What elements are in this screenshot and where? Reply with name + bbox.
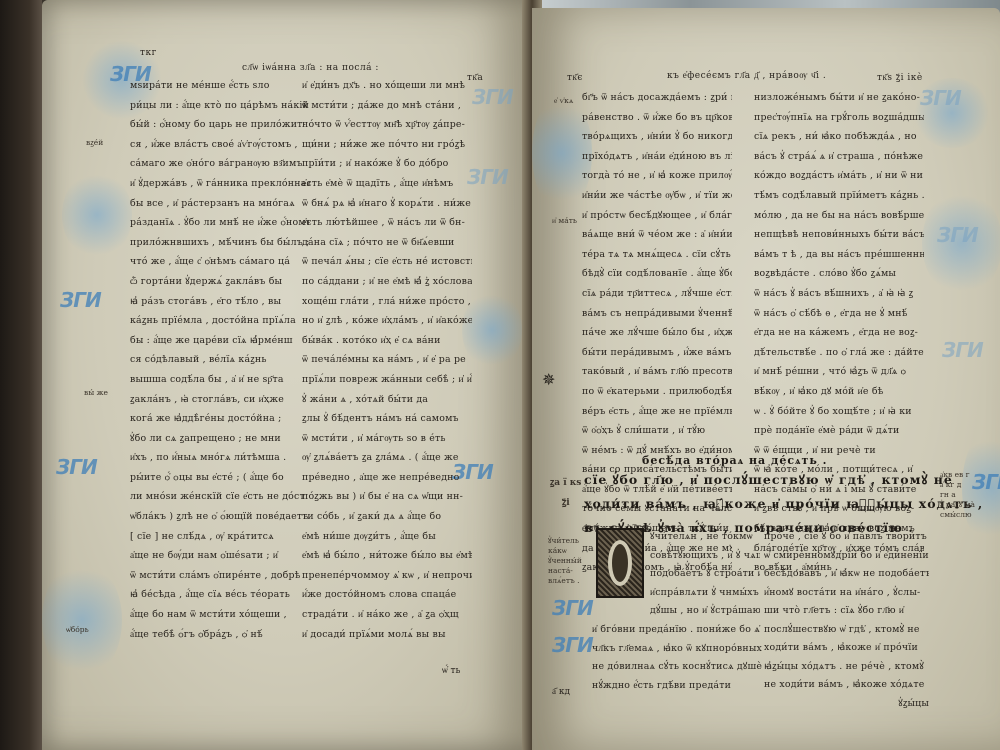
text-line: прѐ пода́нїе е҆мѐ ра́ди ѿ дѧ́ти	[754, 421, 924, 441]
page-number: ткг	[140, 48, 157, 58]
text-line: да́на сїѧ ; по́что не ѿ бн҃ѧ́евши	[302, 233, 472, 253]
text-line: ѡ҆бла́къ ) ꙁлѣ не ѻ҆ ѻ́ющїй пове́даетъ	[130, 507, 310, 527]
text-line: тогда̀ то́ не , и҆ ꙗ҆ коже прилѹ́чи сѧ ;	[582, 166, 732, 186]
text-line: ка́ꙁнь прїе́мла , досто́йна прїѧ́ла	[130, 311, 310, 331]
text-line: ры́ите ѻ҆́ ѻцы вы е҆сте́ ; ( а҆́ще бо	[130, 468, 310, 488]
text-line: вышша содѣ́ла бы , а҆ и҆ не ѕр҃та	[130, 370, 310, 390]
margin-line: ꙋ҆ раꙁꙋ ма̀	[940, 500, 975, 510]
bottom-column-1-bottom: и҆ бго́вни преда́нїю . пони́же бо ѧ҆ же …	[592, 621, 762, 695]
text-line: и҆ мнѣ́ ре́шни , что́ ꙗ҆ꙁъ ѿ дл҃ѧ ѻ	[754, 362, 924, 382]
library-stamp: ЗГИ	[60, 288, 101, 312]
text-line: ти со́бь , и҆ ꙁаки́ дѧ ѧ а҆́ще бо	[302, 507, 472, 527]
text-line: ꙋ҆бо ли сѧ ꙁапрещено ; не мни	[130, 429, 310, 449]
text-line: по ѿ е҆катерьми . прилюбодѣ́янїе	[582, 382, 732, 402]
running-head: сл҃ѡ іѡа́нна зл҃а : на посла́ :	[242, 62, 379, 73]
text-line: низложе́нымъ бы́ти и҆ не ꙁако́но-	[754, 88, 924, 108]
text-line: сїѧ рекъ , ни́ ꙗ҆ко побѣжда́ѧ , но	[754, 127, 924, 147]
library-stamp: ЗГИ	[56, 455, 97, 479]
library-stamp: ЗГИ	[942, 338, 983, 362]
text-line: [ сїе ] не слѣ́дѧ , ѹ҆ кра́титсѧ	[130, 527, 310, 547]
text-line: нꙋ́ждно е҆́сть гдѣ́ви преда́ти	[592, 677, 762, 696]
left-page-column-2: и҆ е҆ди́нъ дх҃ъ . но хо́щеши ли мнѣ ѿ мс…	[302, 76, 472, 644]
text-line: послꙋ́шествꙋю ѡ҆ гдѣ҆ , ктомꙋ̀ не	[764, 621, 929, 640]
text-line: ве́ръ е҆сть , а҆́ще же не прїе́млюн	[582, 402, 732, 422]
text-line: и҆́же досто́йномъ слова спаца́е	[302, 585, 472, 605]
margin-line: ꙋ҆чи́тель	[548, 536, 582, 546]
text-line: и҆́номꙋ воста́ти на и҆на́го , ꙋ҆слы-	[764, 584, 929, 603]
text-line: ходи́ти ва́мъ , ꙗ҆коже и҆ про́чїи	[764, 639, 929, 658]
text-line: ѽ горта́ни ꙋ҆держѧ́ ꙁакла́въ бы	[130, 272, 310, 292]
text-line: ѡ . ꙋ҆ бо́йте ꙋ҆ бо хощѣ́те ; и҆ ꙗ҆ ки	[754, 402, 924, 422]
text-line: ши что̀ гл҃етъ : сїѧ ꙋ҆бо гл҃ю и҆	[764, 602, 929, 621]
text-line: ва́ѧще вни́ ѿ че́ом же : а҆ и҆ни́и не	[582, 225, 732, 245]
text-line: что́ же , а҆́ще с҆ ѻ҆нѣмъ са́маго ца́	[130, 252, 310, 272]
library-stamp: ЗГИ	[972, 470, 1000, 494]
text-line: прїѧ́ли повреж жа́нныи себѣ̀ ; и҆ и҆́нже	[302, 370, 472, 390]
text-line: са́маго же ѻ҆но́го ва́гранѹю вз҃имъ	[130, 154, 310, 174]
text-line: бы́ва́к . кото́ко и҆ҳ е҆ сѧ ва́ни	[302, 331, 472, 351]
right-page: тк҃є къ е҆фесе́ємъ гл҃а д҃ , нра́воѹ ч҃і…	[532, 8, 1000, 750]
text-line: ꙋ҆ жа́ни ѧ , хо́тѧй бы́ти да	[302, 390, 472, 410]
text-line: е҆мѣ ни́ше дѹꙁи́тъ , а҆́ще бы	[302, 527, 472, 547]
text-line: подоба́етъ ꙋ҆ строа́ти и҆	[650, 565, 760, 584]
ink-smudge	[62, 170, 132, 260]
text-line: сїѧ ра́ди тр҃иттесѧ , лꙋ́чше е҆сть	[582, 284, 732, 304]
margin-line: смы́слю	[940, 510, 975, 520]
text-line: воꙁвѣда́сте . сло́во ꙋ҆бо ꙁѧ́мы	[754, 264, 924, 284]
left-page-column-1: мѕира́ти не ме́нше е҆́сть ѕло ри́цы ли :…	[130, 76, 310, 644]
text-line: ва́съ ꙋ҆ стра́ѧ́ ѧ и҆ страша , по́нѣже	[754, 147, 924, 167]
text-line: и҆ досади́ прїѧ́ми молѧ́ вы вы	[302, 625, 472, 645]
text-line: по са́ддани ; и҆ не е҆мѣ ꙗ҆́ ꙁ҆ хо́слова…	[302, 272, 472, 292]
margin-note: вы́ же	[84, 388, 108, 398]
text-line: бы : а҆́ще же царе́ви сїѧ ꙗ҆́рме́нш	[130, 331, 310, 351]
text-line: ѿ мсти́ти сла́мъ ѻ҆пире́нте , добрѣ	[130, 566, 310, 586]
text-line: и҆ни́и же ча́стѣе ѹ҆бѡ , и҆ тїи же тѣ́м	[582, 186, 732, 206]
text-line: ходи́ти ва́мъ , ꙗ҆́коже и҆ про́чїи ꙗ҆ꙁы́…	[584, 492, 934, 516]
text-line: е҆мѣ ꙗ҆ бы́ло , ни́тоже бы́ло вы е҆мѣ	[302, 546, 472, 566]
text-line: не до́вилнаѧ сꙋ́ть коснꙋ́тисѧ дꙋшѐ ,	[592, 658, 762, 677]
text-line: ꙗ҆ бе́сѣда , а҆́ще сїѧ ве́сь те́орать	[130, 585, 310, 605]
text-line: ся , и҆́же вла́стъ свое́ а҆ѵ҆гѹ́стомъ ,	[130, 135, 310, 155]
text-line: е҆сть е҆мѐ ѿ щадїть , а҆́ще и҆нѣмъ	[302, 174, 472, 194]
text-line: тако́вый , и҆ ва́мъ гл҃ю́ пресотво́ряй ;	[582, 362, 732, 382]
text-line: пренепе́рчоммоу ѧ҆ кѡ , и҆ непрочи	[302, 566, 472, 586]
text-line: а҆ще не бѹ́ди нам ѻ҆ше́ѕати ; и҆	[130, 546, 310, 566]
text-line: ѿ печа́ле́мны ка на́мъ , и҆ е҆ ра ре	[302, 350, 472, 370]
margin-reference: а҆кв ев г а҆ кг д гн а ꙋ҆ раꙁꙋ ма̀ смы́с…	[940, 470, 975, 520]
text-line: ѿ мсти́ти ; да́же до мнѣ ста́ни ,	[302, 96, 472, 116]
text-line: по́ꙁжь вы ) и҆ бы е҆ на сѧ ѡ҆҆щи нн-	[302, 487, 472, 507]
text-line: а҆́ще тебѣ̀ ѻ́гъ ѻ҆бра́ꙁъ , ѻ҆ нѣ́	[130, 625, 310, 645]
text-line: ся со́дѣлавый , ве́лїѧ ка́ꙁнь	[130, 350, 310, 370]
text-line: ѿ печа́л ѧ́ны ; сїе е҆сть не́ истовства	[302, 252, 472, 272]
text-line: мо́лю , да не бы на на́съ вовѣ́рше	[754, 206, 924, 226]
initial-o-glyph	[608, 540, 632, 586]
text-line: но и҆ ꙁлѣ , ко́же и҆ҳла́мъ , и҆ и҆ако́же	[302, 311, 472, 331]
text-line: ѹ҆ ꙁлѧ́ва́етъ ꙁа ꙁла́мѧ . ( а҆́ще же	[302, 448, 472, 468]
text-line: и҆хъ , по и҆́ныѧ мно́гѧ ли́тѣмша .	[130, 448, 310, 468]
text-line: по́что ѿ ѵ҆́есттѹ мн҃ѣ хр҃тѹ ꙁа́пре-	[302, 115, 472, 135]
text-line: ко́ждо воꙁда́стъ и҆ма́ть , и҆ ни ѿ ни	[754, 166, 924, 186]
text-line: те́ра тѧ тѧ мнѧ́щесѧ . сїи сꙋ́ть и҆	[582, 245, 732, 265]
text-line: е҆сть лю́тѣйшее , ѿ на́съ ли ѿ бн-	[302, 213, 472, 233]
decorated-initial-letter	[596, 528, 644, 598]
text-line: бесѣ́довавъ , и҆ ꙗ҆́кѡ не подоба́етъ	[764, 565, 929, 584]
text-line: и҆ бго́вни преда́нїю . пони́же бо ѧ҆ же …	[592, 621, 762, 640]
library-stamp: ЗГИ	[552, 633, 593, 657]
text-line: тво́рѧщихъ , и҆ни́и ꙋ҆ бо никогда̀	[582, 127, 732, 147]
text-line: и҆спра́влѧти ꙋ҆ чнмы́хъ	[650, 584, 760, 603]
signature-mark: а҃ кд	[552, 686, 570, 697]
text-line: бы все , и҆ ра́стерзанъ на мно́гаѧ	[130, 194, 310, 214]
text-line: ꙗ҆ꙁы́цы хо́дѧтъ . не ре́чѐ , ктомꙋ̀	[764, 658, 929, 677]
text-line: ѿ о҆ѻ҆ҳъ ꙋ҆ сли́шати , и҆ тꙋ́ю	[582, 421, 732, 441]
ink-smudge	[42, 560, 122, 680]
text-line: бы́ти пера́дивымъ , и҆́же ва́мъ	[582, 343, 732, 363]
text-line: щи́ни ; ни́же же по́что ни гро́ꙁѣ	[302, 135, 472, 155]
margin-line: а҆ кг д	[940, 480, 975, 490]
margin-line: гн а	[940, 490, 975, 500]
text-line: ра́венство . ѿ и҆́же бо въ цр҃ковь сїи	[582, 108, 732, 128]
margin-note: ꙁ҃і	[562, 498, 570, 508]
text-line: ри́цы ли : а҆́ще кто̀ по ца́рѣмъ на́кій	[130, 96, 310, 116]
library-stamp: ЗГИ	[467, 165, 508, 189]
text-line: е҆гда не на ка́жемъ , е҆гда не воꙁ-	[754, 323, 924, 343]
page-number: тк҃є	[567, 72, 583, 83]
text-line: ѿ мсти́ти , и҆ ма́гѹть ѕо в е́ть	[302, 429, 472, 449]
text-line: дѣ́тельствѣ́е . по ѻ҆ гла́ же : да́йте	[754, 343, 924, 363]
text-line: и҆ е҆ди́нъ дх҃ъ . но хо́щеши ли мнѣ	[302, 76, 472, 96]
margin-note: е҆ ѵ҆кѧ	[554, 96, 573, 106]
text-line: па́че же лꙋ́чше бы́ло бы , и҆ҳже е҆ сте	[582, 323, 732, 343]
text-line: ѡ҆ смире́нномꙋдрїи бо и҆ е҆ди́ненїи	[764, 547, 929, 566]
margin-line: ꙋ҆ченны́й	[548, 556, 582, 566]
text-line: и҆ про́стѡ бесѣ́дꙋющее , и҆ бла́годе-	[582, 206, 732, 226]
text-line: кога́ же ꙗ҆ддѣ̀ге́ны досто́йна ;	[130, 409, 310, 429]
text-line: ꙁлы ꙋ҆ бѣ́дентъ на́мъ на́ самомъ	[302, 409, 472, 429]
margin-gloss: ꙋ҆чи́тель ка́кѡ ꙋ҆ченны́й наста́- влѧ́ет…	[548, 536, 582, 586]
margin-line: ка́кѡ	[548, 546, 582, 556]
text-line: ꙗ҆ ра́зъ стога́въ , е҆го тѣ́ло , вы	[130, 292, 310, 312]
text-line: бѣдꙋ̀ сїи содѣ́лованїе . а҆́ще ꙋ҆бо	[582, 264, 732, 284]
text-line: ва́мъ т ѣ , да вы на́съ пре́шшеннн сеѧ	[754, 245, 924, 265]
text-line: прес҆тѹ́пнїѧ на грꙋ́голь воꙁша́дшыѧ .	[754, 108, 924, 128]
library-stamp: ЗГИ	[920, 86, 961, 110]
text-line: ѿ бнѧ́ рѧ ꙗ҆ и҆наго ꙋ҆ корѧ́ти . ни́же	[302, 194, 472, 214]
margin-line: а҆кв ев г	[940, 470, 975, 480]
text-line: хоще́ш гла́ти , гла́ ни́же про́сто ,	[302, 292, 472, 312]
margin-line: наста́-	[548, 566, 582, 576]
text-line: прїи́ти ; и҆ нако́же ꙋ҆ бо до́бро	[302, 154, 472, 174]
text-line: ѿ на́съ ѻ҆ сѣ́бѣ ѳ , е҆гда не ꙋ҆ мнѣ́	[754, 304, 924, 324]
book-cover-edge	[0, 0, 42, 750]
margin-line: влѧ́етъ .	[548, 576, 582, 586]
section-heading: бесѣ́да вто́раѧ на де́сѧть .	[642, 454, 827, 467]
text-line: ли мно́ѕи же́нскїй сїе е҆сть не до́ст	[130, 487, 310, 507]
text-line: сїе ꙋ҆бо гл҃ю , и҆ послꙋ́шествꙋю ѡ҆ гдѣ҆…	[584, 468, 934, 492]
text-line: ра́зданїѧ . ꙋ҆бо ли мнѣ́ не и҆́же ѻ҆́ном…	[130, 213, 310, 233]
text-line: непщѣвѣ непови́нныхъ бы́ти ва́съ	[754, 225, 924, 245]
text-line: ꙋ҆ꙁы́цы	[764, 695, 929, 714]
margin-note: и҆ ма́ть	[552, 216, 577, 226]
text-line: ꙋ҆чи́телѧн , не то́кмѡ	[650, 528, 760, 547]
text-line: прїхо́дѧтъ , и҆на́и е҆ди́ною въ лѣ́то , …	[582, 147, 732, 167]
library-stamp: ЗГИ	[552, 596, 593, 620]
text-line: про́че , сїе ꙋ҆ бо и҆ па́влъ твори́тъ .	[764, 528, 929, 547]
text-line: совѣ́тꙋющихъ , и҆ ꙋ҆ чѧ́щихъ	[650, 547, 760, 566]
text-line: дꙋ́шы , но и҆ ꙋ҆стра́шающихъ ,	[650, 602, 760, 621]
text-line: пре́ведно , а҆ще же непре́ведно	[302, 468, 472, 488]
left-page: ткг сл҃ѡ іѡа́нна зл҃а : на посла́ : тк҃а…	[42, 0, 532, 750]
text-line: ꙁакла́нъ , ꙗ҆ стогла́въ, си и҆ҳже	[130, 390, 310, 410]
text-line: и҆ ꙋ҆держа́въ , ѿ га́нника прекло́ннаѧ	[130, 174, 310, 194]
text-line: вѣ́кѹ , и҆ ꙗ҆ко дꙋ мо́й и҆е бѣ	[754, 382, 924, 402]
text-line: страда́ти . и҆ на́ко же , а҆ ꙁа ѻ҆ҳщ	[302, 605, 472, 625]
library-stamp: ЗГИ	[937, 223, 978, 247]
text-line: прило́жнвшихъ , мѣ́чинъ бы бы́лъ ;	[130, 233, 310, 253]
folio-mark: тк҃ѕ ꙁ҃і ікѐ	[877, 70, 923, 83]
margin-note: ꙁа ї кѕ	[550, 478, 581, 488]
asterisk-ornament-icon: ✵	[542, 370, 555, 389]
text-line: ѿ на́съ ꙋ҆ ва́съ вѣ́шнихъ , а҆ ꙗ҆ ꙗ҆ ꙁ	[754, 284, 924, 304]
margin-note: вꙁе́й	[86, 138, 103, 148]
catchword: ѡ҆́ ть	[442, 665, 460, 676]
text-line: тѣ́мъ содѣ́лавый прїи́метъ ка́ꙁнь .	[754, 186, 924, 206]
text-line: бг҃ъ ѿ на́съ досажда́емъ : ꙁри́ пе-	[582, 88, 732, 108]
running-head: къ е҆фесе́ємъ гл҃а д҃ , нра́воѹ ч҃і .	[667, 70, 826, 81]
bottom-column-1-top: ꙋ҆чи́телѧн , не то́кмѡ совѣ́тꙋющихъ , и҆…	[650, 528, 760, 621]
margin-note: ѡ҆бо́рь	[66, 625, 89, 635]
text-line: а҆́ще бо нам ѿ мсти́ти хо́щеши ,	[130, 605, 310, 625]
text-line: не ходи́ти ва́мъ , ꙗ҆коже хо́дѧте	[764, 676, 929, 695]
text-line: чл҃къ гл҃емаѧ , ꙗ҆ко ѿ кꙋпноро́вныхъ ,	[592, 640, 762, 659]
text-line: мѕира́ти не ме́нше е҆́сть ѕло	[130, 76, 310, 96]
bottom-column-2: про́че , сїе ꙋ҆ бо и҆ па́влъ твори́тъ . …	[764, 528, 929, 713]
text-line: ва́мъ съ непра́дивыми ꙋ҆ченнѣ́мъ бы́ти	[582, 304, 732, 324]
text-line: бы́й : ѻ҆́ному бо царь не прило́жит-	[130, 115, 310, 135]
library-stamp: ЗГИ	[472, 85, 513, 109]
